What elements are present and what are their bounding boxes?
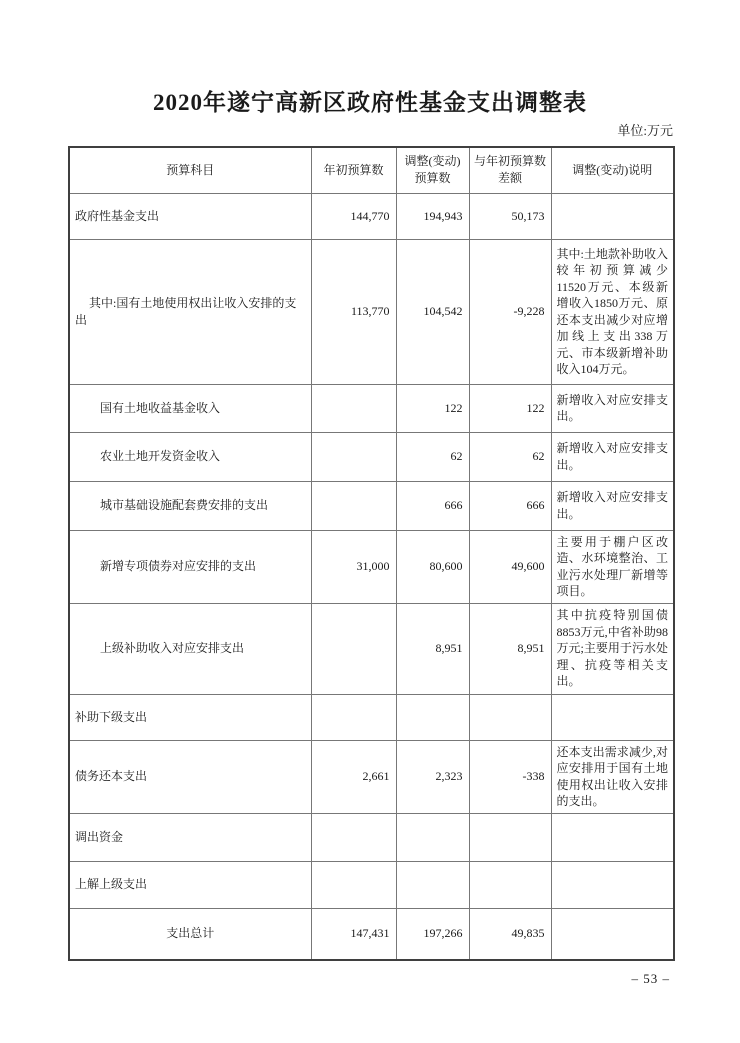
adjustment-note xyxy=(551,908,674,960)
adjusted-budget-value: 194,943 xyxy=(396,193,469,239)
initial-budget-value xyxy=(311,694,396,740)
adjustment-note xyxy=(551,861,674,908)
difference-value: 62 xyxy=(469,432,551,481)
budget-item-label: 调出资金 xyxy=(69,813,311,861)
initial-budget-value xyxy=(311,813,396,861)
difference-value: 8,951 xyxy=(469,603,551,694)
table-row: 其中:国有土地使用权出让收入安排的支出113,770104,542-9,228其… xyxy=(69,239,674,384)
difference-value: -9,228 xyxy=(469,239,551,384)
initial-budget-value: 31,000 xyxy=(311,530,396,603)
difference-value: 122 xyxy=(469,384,551,432)
difference-value: 49,835 xyxy=(469,908,551,960)
adjustment-note: 还本支出需求减少,对应安排用于国有土地使用权出让收入安排的支出。 xyxy=(551,740,674,813)
difference-value xyxy=(469,813,551,861)
difference-value xyxy=(469,694,551,740)
page-number: – 53 – xyxy=(632,971,671,987)
initial-budget-value xyxy=(311,384,396,432)
header-adjustment-note: 调整(变动)说明 xyxy=(551,147,674,193)
table-row: 农业土地开发资金收入6262新增收入对应安排支出。 xyxy=(69,432,674,481)
adjustment-note: 其中抗疫特别国债8853万元,中省补助98万元;主要用于污水处理、抗疫等相关支出… xyxy=(551,603,674,694)
table-row: 上级补助收入对应安排支出8,9518,951其中抗疫特别国债8853万元,中省补… xyxy=(69,603,674,694)
table-row: 补助下级支出 xyxy=(69,694,674,740)
adjusted-budget-value: 666 xyxy=(396,481,469,530)
header-budget-item: 预算科目 xyxy=(69,147,311,193)
adjustment-note: 新增收入对应安排支出。 xyxy=(551,481,674,530)
adjustment-note: 其中:土地款补助收入较年初预算减少11520万元、本级新增收入1850万元、原还… xyxy=(551,239,674,384)
budget-item-label: 债务还本支出 xyxy=(69,740,311,813)
adjustment-note xyxy=(551,813,674,861)
budget-item-label: 国有土地收益基金收入 xyxy=(69,384,311,432)
table-row: 城市基础设施配套费安排的支出666666新增收入对应安排支出。 xyxy=(69,481,674,530)
budget-item-label: 新增专项债券对应安排的支出 xyxy=(69,530,311,603)
difference-value: -338 xyxy=(469,740,551,813)
adjusted-budget-value xyxy=(396,861,469,908)
budget-item-label: 支出总计 xyxy=(69,908,311,960)
unit-note: 单位:万元 xyxy=(617,120,673,139)
budget-item-label: 上级补助收入对应安排支出 xyxy=(69,603,311,694)
document-page: 2020年遂宁高新区政府性基金支出调整表 单位:万元 预算科目 年初预算数 调整… xyxy=(0,0,740,1043)
initial-budget-value: 144,770 xyxy=(311,193,396,239)
budget-item-label: 农业土地开发资金收入 xyxy=(69,432,311,481)
budget-item-label: 上解上级支出 xyxy=(69,861,311,908)
adjusted-budget-value: 197,266 xyxy=(396,908,469,960)
adjusted-budget-value: 8,951 xyxy=(396,603,469,694)
initial-budget-value xyxy=(311,603,396,694)
table-row: 政府性基金支出144,770194,94350,173 xyxy=(69,193,674,239)
initial-budget-value xyxy=(311,432,396,481)
adjustment-note xyxy=(551,694,674,740)
adjusted-budget-value: 122 xyxy=(396,384,469,432)
adjustment-note: 新增收入对应安排支出。 xyxy=(551,432,674,481)
adjustment-note: 新增收入对应安排支出。 xyxy=(551,384,674,432)
table-header-row: 预算科目 年初预算数 调整(变动)预算数 与年初预算数差额 调整(变动)说明 xyxy=(69,147,674,193)
initial-budget-value xyxy=(311,861,396,908)
initial-budget-value: 147,431 xyxy=(311,908,396,960)
difference-value: 666 xyxy=(469,481,551,530)
table-row: 上解上级支出 xyxy=(69,861,674,908)
adjusted-budget-value: 104,542 xyxy=(396,239,469,384)
adjusted-budget-value xyxy=(396,694,469,740)
header-difference: 与年初预算数差额 xyxy=(469,147,551,193)
header-initial-budget: 年初预算数 xyxy=(311,147,396,193)
adjustment-note xyxy=(551,193,674,239)
initial-budget-value xyxy=(311,481,396,530)
table-row: 调出资金 xyxy=(69,813,674,861)
table-row: 债务还本支出2,6612,323-338还本支出需求减少,对应安排用于国有土地使… xyxy=(69,740,674,813)
budget-adjustment-table: 预算科目 年初预算数 调整(变动)预算数 与年初预算数差额 调整(变动)说明 政… xyxy=(68,146,675,961)
table-row: 新增专项债券对应安排的支出31,00080,60049,600主要用于棚户区改造… xyxy=(69,530,674,603)
budget-item-label: 政府性基金支出 xyxy=(69,193,311,239)
adjusted-budget-value xyxy=(396,813,469,861)
page-title: 2020年遂宁高新区政府性基金支出调整表 xyxy=(0,84,740,117)
adjusted-budget-value: 62 xyxy=(396,432,469,481)
adjusted-budget-value: 2,323 xyxy=(396,740,469,813)
header-adjusted-budget: 调整(变动)预算数 xyxy=(396,147,469,193)
initial-budget-value: 2,661 xyxy=(311,740,396,813)
budget-item-label: 城市基础设施配套费安排的支出 xyxy=(69,481,311,530)
initial-budget-value: 113,770 xyxy=(311,239,396,384)
difference-value xyxy=(469,861,551,908)
table-row: 国有土地收益基金收入122122新增收入对应安排支出。 xyxy=(69,384,674,432)
difference-value: 49,600 xyxy=(469,530,551,603)
table-row: 支出总计147,431197,26649,835 xyxy=(69,908,674,960)
adjustment-note: 主要用于棚户区改造、水环境整治、工业污水处理厂新增等项目。 xyxy=(551,530,674,603)
budget-item-label: 其中:国有土地使用权出让收入安排的支出 xyxy=(69,239,311,384)
difference-value: 50,173 xyxy=(469,193,551,239)
budget-item-label: 补助下级支出 xyxy=(69,694,311,740)
adjusted-budget-value: 80,600 xyxy=(396,530,469,603)
